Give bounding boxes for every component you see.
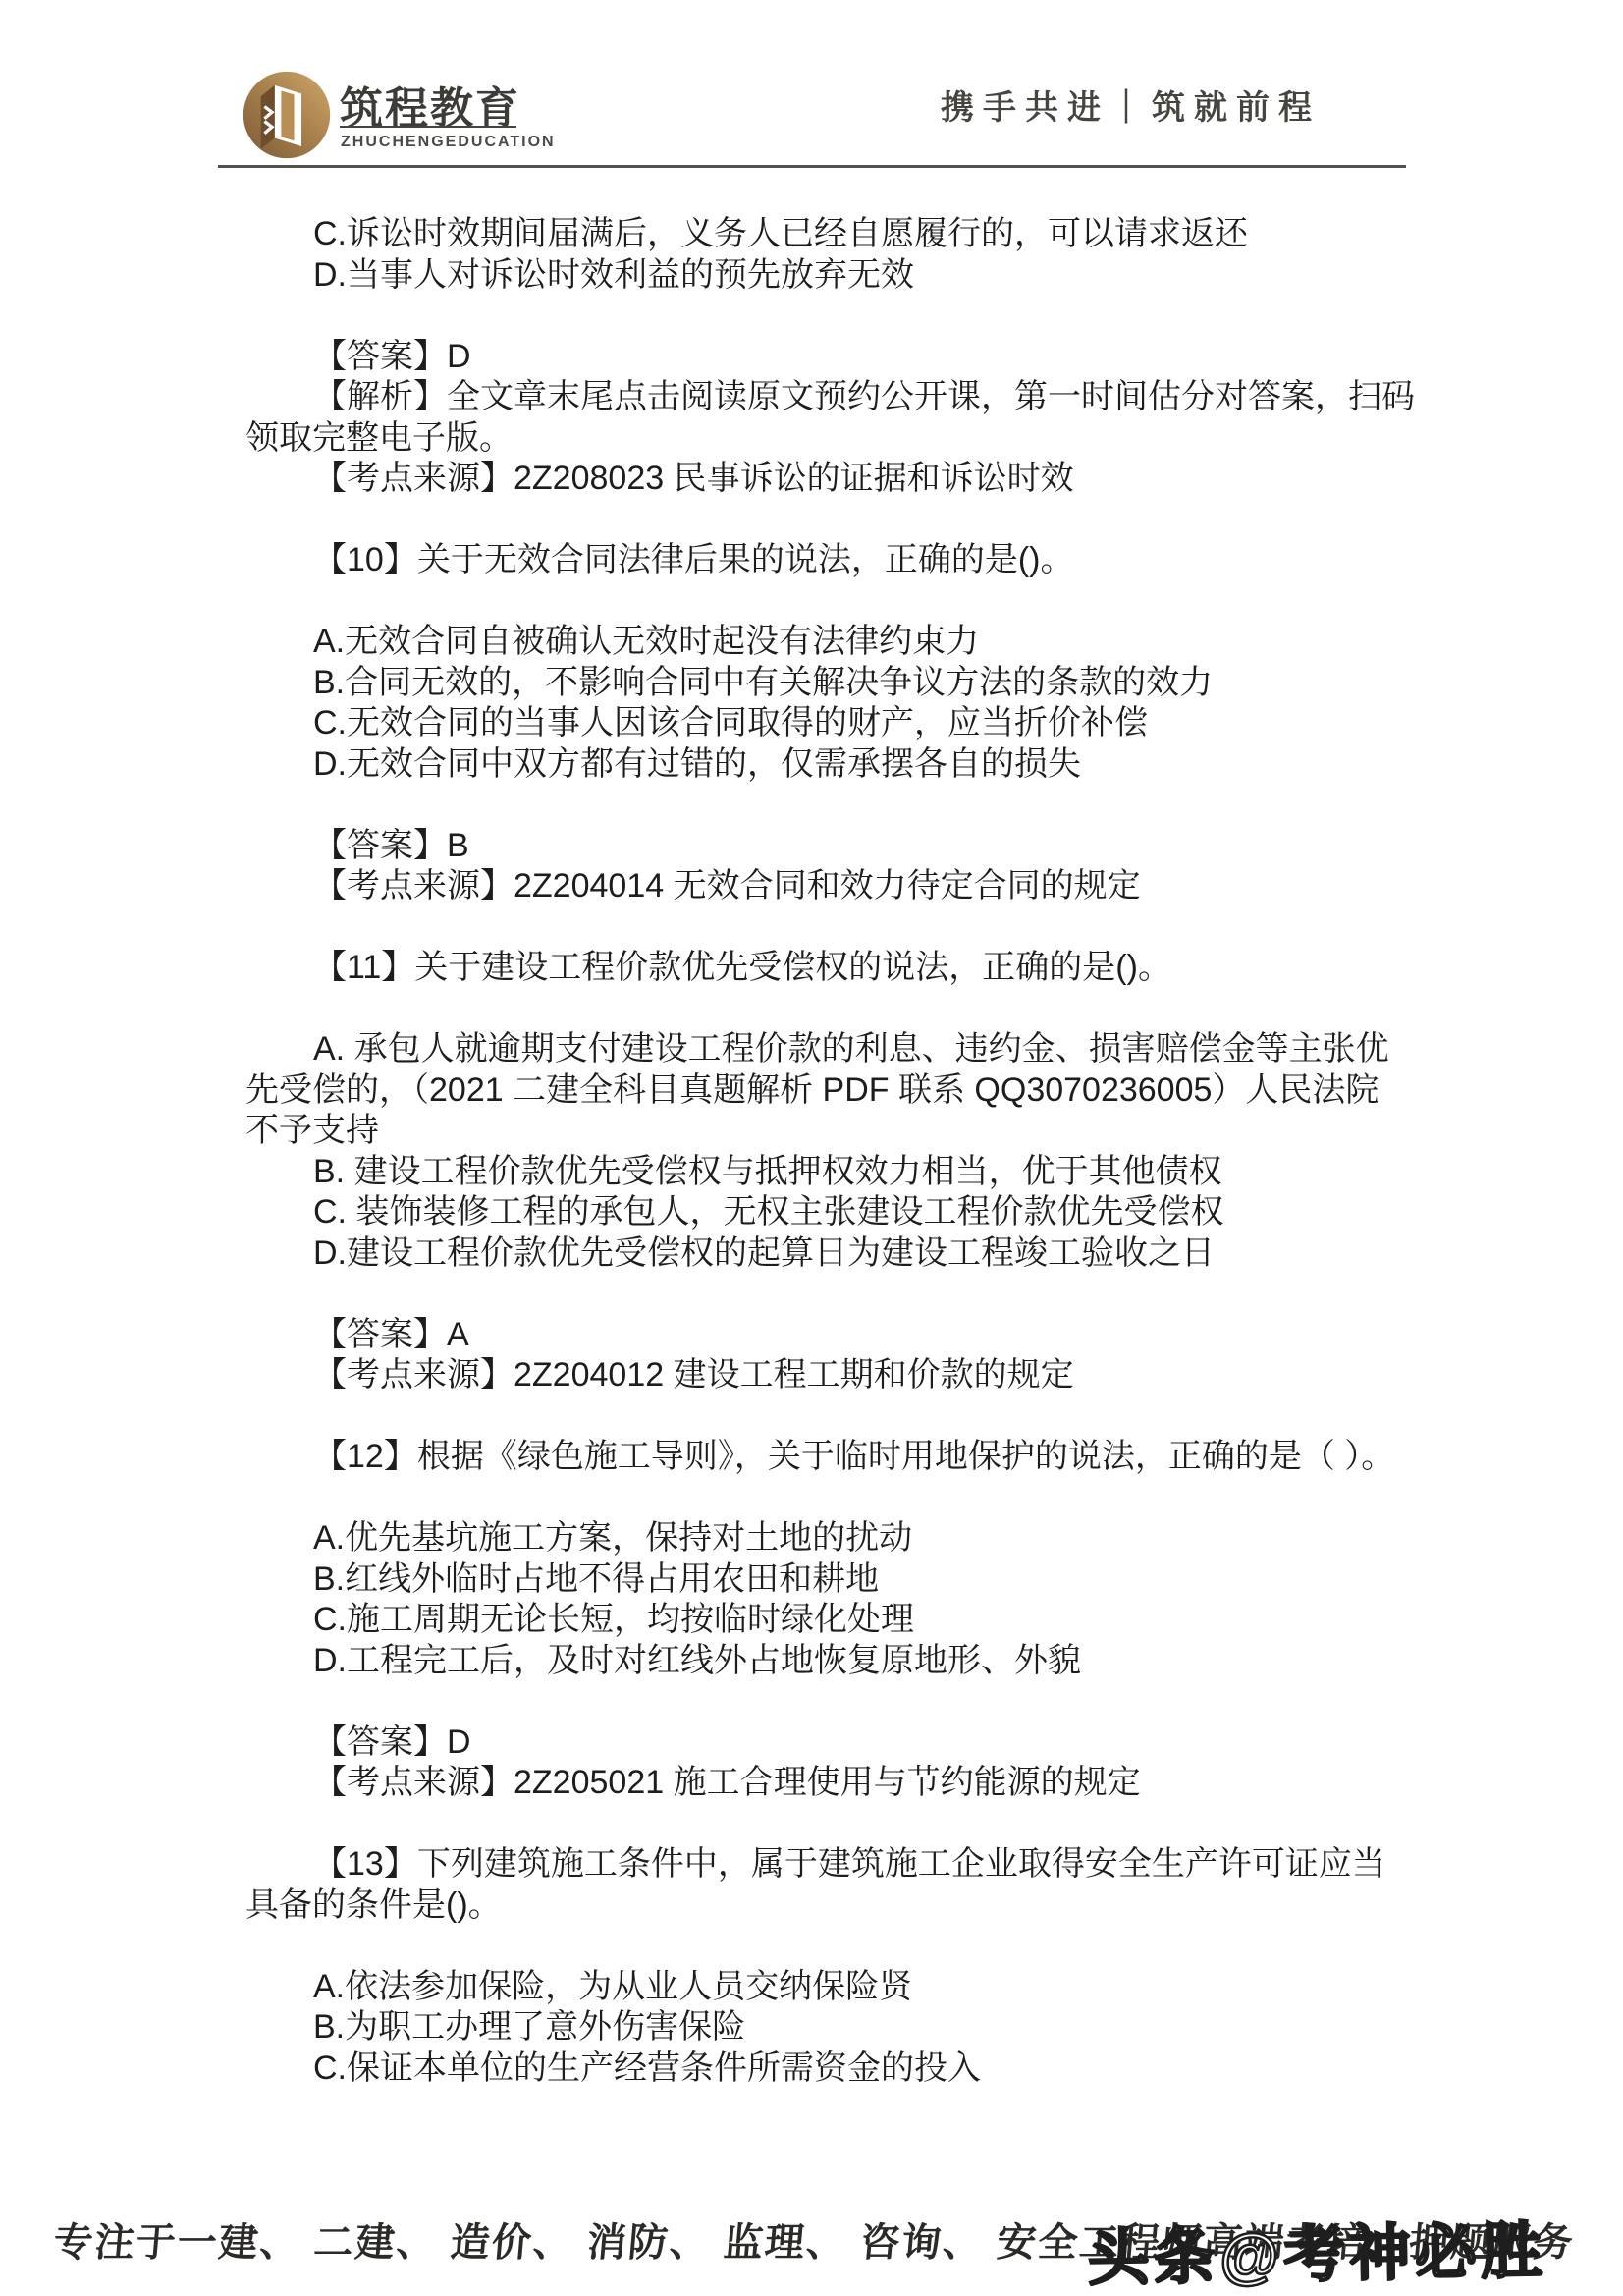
paragraph-line: B. 建设工程价款优先受偿权与抵押权效力相当，优于其他债权 — [245, 1152, 1453, 1193]
brand-logo-icon — [241, 69, 333, 161]
paragraph-line: B.为职工办理了意外伤害保险 — [245, 2007, 1453, 2049]
paragraph-line: 【答案】A — [245, 1315, 1453, 1356]
blank-line — [245, 1478, 1453, 1519]
paragraph-line: A.依法参加保险，为从业人员交纳保险贤 — [245, 1967, 1453, 2008]
paragraph-line: A.优先基坑施工方案，保持对土地的扰动 — [245, 1518, 1453, 1559]
blank-line — [245, 1804, 1453, 1845]
document-page: 筑程教育 ZHUCHENGEDUCATION 携手共进｜筑就前程 C.诉讼时效期… — [0, 0, 1623, 2296]
paragraph-line: B.红线外临时占地不得占用农田和耕地 — [245, 1559, 1453, 1601]
paragraph-line: D.无效合同中双方都有过错的，仅需承摆各自的损失 — [245, 744, 1453, 786]
paragraph-line: C.无效合同的当事人因该合同取得的财产，应当折价补偿 — [245, 703, 1453, 744]
blank-line — [245, 1681, 1453, 1722]
watermark-text: 头条@考神必胜 — [1087, 2202, 1547, 2296]
paragraph-line: D.建设工程价款优先受偿权的起算日为建设工程竣工验收之日 — [245, 1233, 1453, 1275]
blank-line — [245, 989, 1453, 1030]
paragraph-line: A. 承包人就逾期支付建设工程价款的利息、违约金、损害赔偿金等主张优 — [245, 1029, 1453, 1070]
paragraph-line: 领取完整电子版。 — [245, 418, 1453, 460]
paragraph-line: 【解析】全文章末尾点击阅读原文预约公开课，第一时间估分对答案，扫码 — [245, 377, 1453, 418]
blank-line — [245, 907, 1453, 949]
paragraph-line: A.无效合同自被确认无效时起没有法律约束力 — [245, 622, 1453, 663]
blank-line — [245, 581, 1453, 623]
paragraph-line: 【答案】D — [245, 337, 1453, 378]
paragraph-line: C.诉讼时效期间届满后，义务人已经自愿履行的，可以请求返还 — [245, 214, 1453, 255]
blank-line — [245, 1926, 1453, 1967]
paragraph-line: 【13】下列建筑施工条件中，属于建筑施工企业取得安全生产许可证应当 — [245, 1844, 1453, 1886]
paragraph-line: C.施工周期无论长短，均按临时绿化处理 — [245, 1600, 1453, 1641]
blank-line — [245, 785, 1453, 826]
paragraph-line: 【考点来源】2Z204014 无效合同和效力待定合同的规定 — [245, 866, 1453, 907]
paragraph-line: 不予支持 — [245, 1111, 1453, 1152]
paragraph-line: 【10】关于无效合同法律后果的说法，正确的是()。 — [245, 540, 1453, 581]
paragraph-line: 【11】关于建设工程价款优先受偿权的说法，正确的是()。 — [245, 948, 1453, 989]
paragraph-line: 具备的条件是()。 — [245, 1886, 1453, 1927]
paragraph-line: C.保证本单位的生产经营条件所需资金的投入 — [245, 2049, 1453, 2090]
blank-line — [245, 1396, 1453, 1438]
document-body: C.诉讼时效期间届满后，义务人已经自愿履行的，可以请求返还D.当事人对诉讼时效利… — [245, 214, 1453, 2089]
header-slogan: 携手共进｜筑就前程 — [941, 81, 1321, 129]
paragraph-line: 【考点来源】2Z208023 民事诉讼的证据和诉讼时效 — [245, 459, 1453, 500]
paragraph-line: D.工程完工后，及时对红线外占地恢复原地形、外貌 — [245, 1641, 1453, 1682]
paragraph-line: 【答案】D — [245, 1722, 1453, 1764]
brand-subtitle: ZHUCHENGEDUCATION — [341, 134, 556, 151]
blank-line — [245, 500, 1453, 541]
paragraph-line: 【12】根据《绿色施工导则》，关于临时用地保护的说法，正确的是（ ）。 — [245, 1437, 1453, 1478]
paragraph-line: B.合同无效的，不影响合同中有关解决争议方法的条款的效力 — [245, 663, 1453, 704]
paragraph-line: D.当事人对诉讼时效利益的预先放弃无效 — [245, 255, 1453, 297]
paragraph-line: 【答案】B — [245, 826, 1453, 867]
brand-underline — [340, 126, 516, 128]
paragraph-line: 【考点来源】2Z205021 施工合理使用与节约能源的规定 — [245, 1763, 1453, 1804]
paragraph-line: 【考点来源】2Z204012 建设工程工期和价款的规定 — [245, 1355, 1453, 1396]
paragraph-line: C. 装饰装修工程的承包人，无权主张建设工程价款优先受偿权 — [245, 1192, 1453, 1233]
blank-line — [245, 1274, 1453, 1315]
blank-line — [245, 296, 1453, 337]
paragraph-line: 先受偿的，（2021 二建全科目真题解析 PDF 联系 QQ3070236005… — [245, 1070, 1453, 1112]
header-divider — [218, 165, 1406, 168]
